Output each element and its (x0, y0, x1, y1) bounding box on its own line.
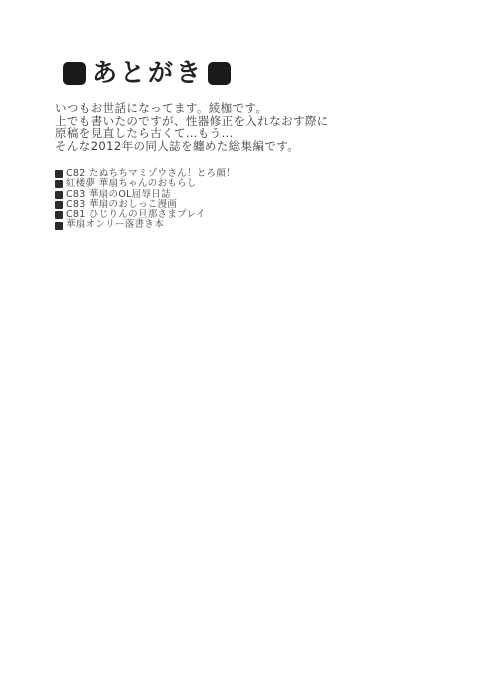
page-title: あとがき (63, 60, 231, 87)
afterword-paragraph: いつもお世話になってます。綾枷です。 上でも書いたのですが、性器修正を入れなおす… (55, 102, 329, 152)
afterword-line: いつもお世話になってます。綾枷です。 (55, 102, 329, 115)
black-square-icon (208, 62, 231, 85)
works-list: C82 たぬちちマミゾウさん！とろ顔！ 紅楼夢 華扇ちゃんのおもらし C83 華… (55, 169, 236, 231)
bullet-square-icon (55, 170, 63, 178)
afterword-line: 原稿を見直したら古くて…もう… (55, 127, 329, 140)
afterword-line: そんな2012年の同人誌を纏めた総集編です。 (55, 140, 329, 153)
black-square-icon (63, 62, 86, 85)
list-item: 華扇オンリー落書き本 (55, 220, 236, 230)
bullet-square-icon (55, 180, 63, 188)
bullet-square-icon (55, 211, 63, 219)
work-title: 華扇オンリー落書き本 (66, 220, 164, 230)
bullet-square-icon (55, 201, 63, 209)
bullet-square-icon (55, 191, 63, 199)
afterword-page: あとがき いつもお世話になってます。綾枷です。 上でも書いたのですが、性器修正を… (0, 0, 480, 685)
bullet-square-icon (55, 222, 63, 230)
page-title-text: あとがき (89, 60, 205, 87)
